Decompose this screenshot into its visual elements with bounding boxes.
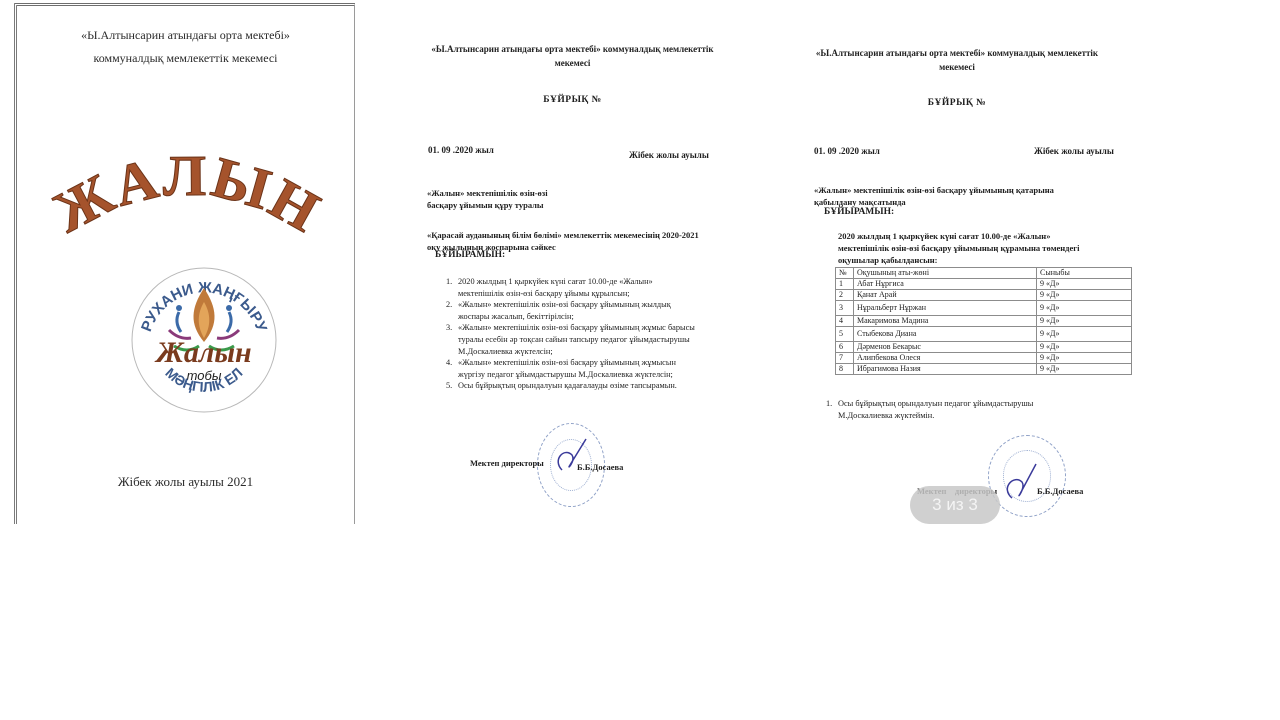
item-number: 2. (446, 299, 458, 322)
order-subject: «Жалын» мектепішілік өзін-өзі басқару ұй… (814, 184, 1054, 208)
item-number: 5. (446, 380, 458, 392)
table-cell: Абат Нұргиса (854, 279, 1037, 290)
order-item: 1.2020 жылдың 1 қыркүйек күні сағат 10.0… (446, 276, 746, 299)
item-number: 3. (446, 322, 458, 357)
table-cell: Қанат Арай (854, 290, 1037, 301)
cover-page[interactable]: «Ы.Алтынсарин атындағы орта мектебі» ком… (14, 3, 355, 524)
student-roster-table: №Оқушының аты-жөніСыныбы1Абат Нұргиса9 «… (835, 267, 1132, 375)
column-header: Сыныбы (1037, 268, 1132, 279)
intro-line: оқушылар қабылдансын: (838, 254, 1079, 266)
table-row: 4Макаримова Мадина9 «Д» (836, 316, 1132, 327)
table-cell: 7 (836, 353, 854, 364)
order-subject: «Жалын» мектепішілік өзін-өзі басқару ұй… (427, 187, 548, 211)
table-cell: 6 (836, 342, 854, 353)
ruhani-zhangyru-emblem: РУХАНИ ЖАҢҒЫРУ Жалын тобы МӘҢГІЛІК ЕЛ (129, 250, 279, 415)
item-text: «Жалын» мектепішілік өзін-өзі басқару ұй… (458, 299, 671, 322)
table-cell: Стыбекова Диана (854, 327, 1037, 342)
item-text: «Жалын» мектепішілік өзін-өзі басқару ұй… (458, 357, 676, 380)
cover-footer: Жібек жолы ауылы 2021 (17, 474, 354, 490)
document-header: «Ы.Алтынсарин атындағы орта мектебі» ком… (762, 46, 1152, 74)
table-cell: 9 «Д» (1037, 364, 1132, 375)
order-date: 01. 09 .2020 жыл (428, 145, 494, 155)
page-counter-badge: 3 из 3 (910, 486, 1000, 524)
table-cell: Нұральберт Нұржан (854, 301, 1037, 316)
signature-name: Б.Б.Досаева (1037, 486, 1083, 496)
order-place: Жібек жолы ауылы (629, 150, 709, 160)
table-cell: 8 (836, 364, 854, 375)
table-row: 1Абат Нұргиса9 «Д» (836, 279, 1132, 290)
signature-name: Б.Б.Досаева (577, 462, 623, 472)
table-row: 3Нұральберт Нұржан9 «Д» (836, 301, 1132, 316)
order-word: БҰЙЫРАМЫН: (824, 207, 894, 217)
order-word: БҰЙЫРАМЫН: (435, 250, 505, 260)
order-page-3[interactable]: «Ы.Алтынсарин атындағы орта мектебі» ком… (762, 20, 1152, 535)
item-number: 1. (826, 398, 838, 421)
item-text: Осы бұйрықтың орындалуын қадағалауды өзі… (458, 380, 677, 392)
table-cell: 1 (836, 279, 854, 290)
table-cell: Макаримова Мадина (854, 316, 1037, 327)
order-items: 1.Осы бұйрықтың орындалуын педагог ұйымд… (826, 398, 1126, 421)
subject-line: «Жалын» мектепішілік өзін-өзі (427, 187, 548, 199)
header-line: «Ы.Алтынсарин атындағы орта мектебі» ком… (380, 42, 765, 56)
signature-icon (552, 435, 592, 480)
order-item: 3.«Жалын» мектепішілік өзін-өзі басқару … (446, 322, 746, 357)
institution-type: коммуналдық мемлекеттік мекемесі (17, 51, 354, 66)
table-cell: 9 «Д» (1037, 342, 1132, 353)
subject-line: басқару ұйымын құру туралы (427, 199, 548, 211)
order-item: 2.«Жалын» мектепішілік өзін-өзі басқару … (446, 299, 746, 322)
order-page-2[interactable]: «Ы.Алтынсарин атындағы орта мектебі» ком… (380, 30, 765, 515)
subject-line: «Жалын» мектепішілік өзін-өзі басқару ұй… (814, 184, 1054, 196)
header-line: «Ы.Алтынсарин атындағы орта мектебі» ком… (762, 46, 1152, 60)
table-cell: Алипбекова Олеся (854, 353, 1037, 364)
table-row: 7Алипбекова Олеся9 «Д» (836, 353, 1132, 364)
item-number: 1. (446, 276, 458, 299)
column-header: № (836, 268, 854, 279)
table-cell: 9 «Д» (1037, 316, 1132, 327)
intro-line: мектепішілік өзін-өзі басқару ұйымының қ… (838, 242, 1079, 254)
signature-role: Мектеп директоры (470, 458, 544, 468)
table-row: 8Ибрагимова Назия9 «Д» (836, 364, 1132, 375)
item-text: 2020 жылдың 1 қыркүйек күні сағат 10.00-… (458, 276, 653, 299)
table-cell: 9 «Д» (1037, 353, 1132, 364)
admission-intro: 2020 жылдың 1 қыркүйек күні сағат 10.00-… (838, 230, 1079, 266)
table-cell: 9 «Д» (1037, 301, 1132, 316)
order-title: БҰЙРЫҚ № (762, 98, 1152, 108)
item-number: 4. (446, 357, 458, 380)
table-cell: 9 «Д» (1037, 279, 1132, 290)
table-cell: 9 «Д» (1037, 290, 1132, 301)
order-item: 4.«Жалын» мектепішілік өзін-өзі басқару … (446, 357, 746, 380)
svg-text:Жалын: Жалын (154, 336, 251, 369)
document-header: «Ы.Алтынсарин атындағы орта мектебі» ком… (380, 42, 765, 70)
table-header-row: №Оқушының аты-жөніСыныбы (836, 268, 1132, 279)
header-line: мекемесі (762, 60, 1152, 74)
table-cell: 4 (836, 316, 854, 327)
signature-icon (1002, 460, 1042, 505)
table-cell: 5 (836, 327, 854, 342)
table-row: 6Дәрменов Бекарыс9 «Д» (836, 342, 1132, 353)
table-cell: 2 (836, 290, 854, 301)
svg-text:ЖАЛЫН: ЖАЛЫН (43, 156, 332, 245)
item-text: Осы бұйрықтың орындалуын педагог ұйымдас… (838, 398, 1033, 421)
table-row: 2Қанат Арай9 «Д» (836, 290, 1132, 301)
table-cell: Ибрагимова Назия (854, 364, 1037, 375)
table-cell: Дәрменов Бекарыс (854, 342, 1037, 353)
order-place: Жібек жолы ауылы (1034, 146, 1114, 156)
order-item: 5.Осы бұйрықтың орындалуын қадағалауды ө… (446, 380, 746, 392)
order-date: 01. 09 .2020 жыл (814, 146, 880, 156)
order-items: 1.2020 жылдың 1 қыркүйек күні сағат 10.0… (446, 276, 746, 392)
table-cell: 9 «Д» (1037, 327, 1132, 342)
item-text: «Жалын» мектепішілік өзін-өзі басқару ұй… (458, 322, 695, 357)
intro-line: 2020 жылдың 1 қыркүйек күні сағат 10.00-… (838, 230, 1079, 242)
order-item: 1.Осы бұйрықтың орындалуын педагог ұйымд… (826, 398, 1126, 421)
institution-name: «Ы.Алтынсарин атындағы орта мектебі» (17, 28, 354, 43)
basis-line: «Қарасай ауданының білім бөлімі» мемлеке… (427, 229, 699, 241)
table-cell: 3 (836, 301, 854, 316)
order-title: БҰЙРЫҚ № (380, 95, 765, 105)
column-header: Оқушының аты-жөні (854, 268, 1037, 279)
header-line: мекемесі (380, 56, 765, 70)
table-row: 5Стыбекова Диана9 «Д» (836, 327, 1132, 342)
